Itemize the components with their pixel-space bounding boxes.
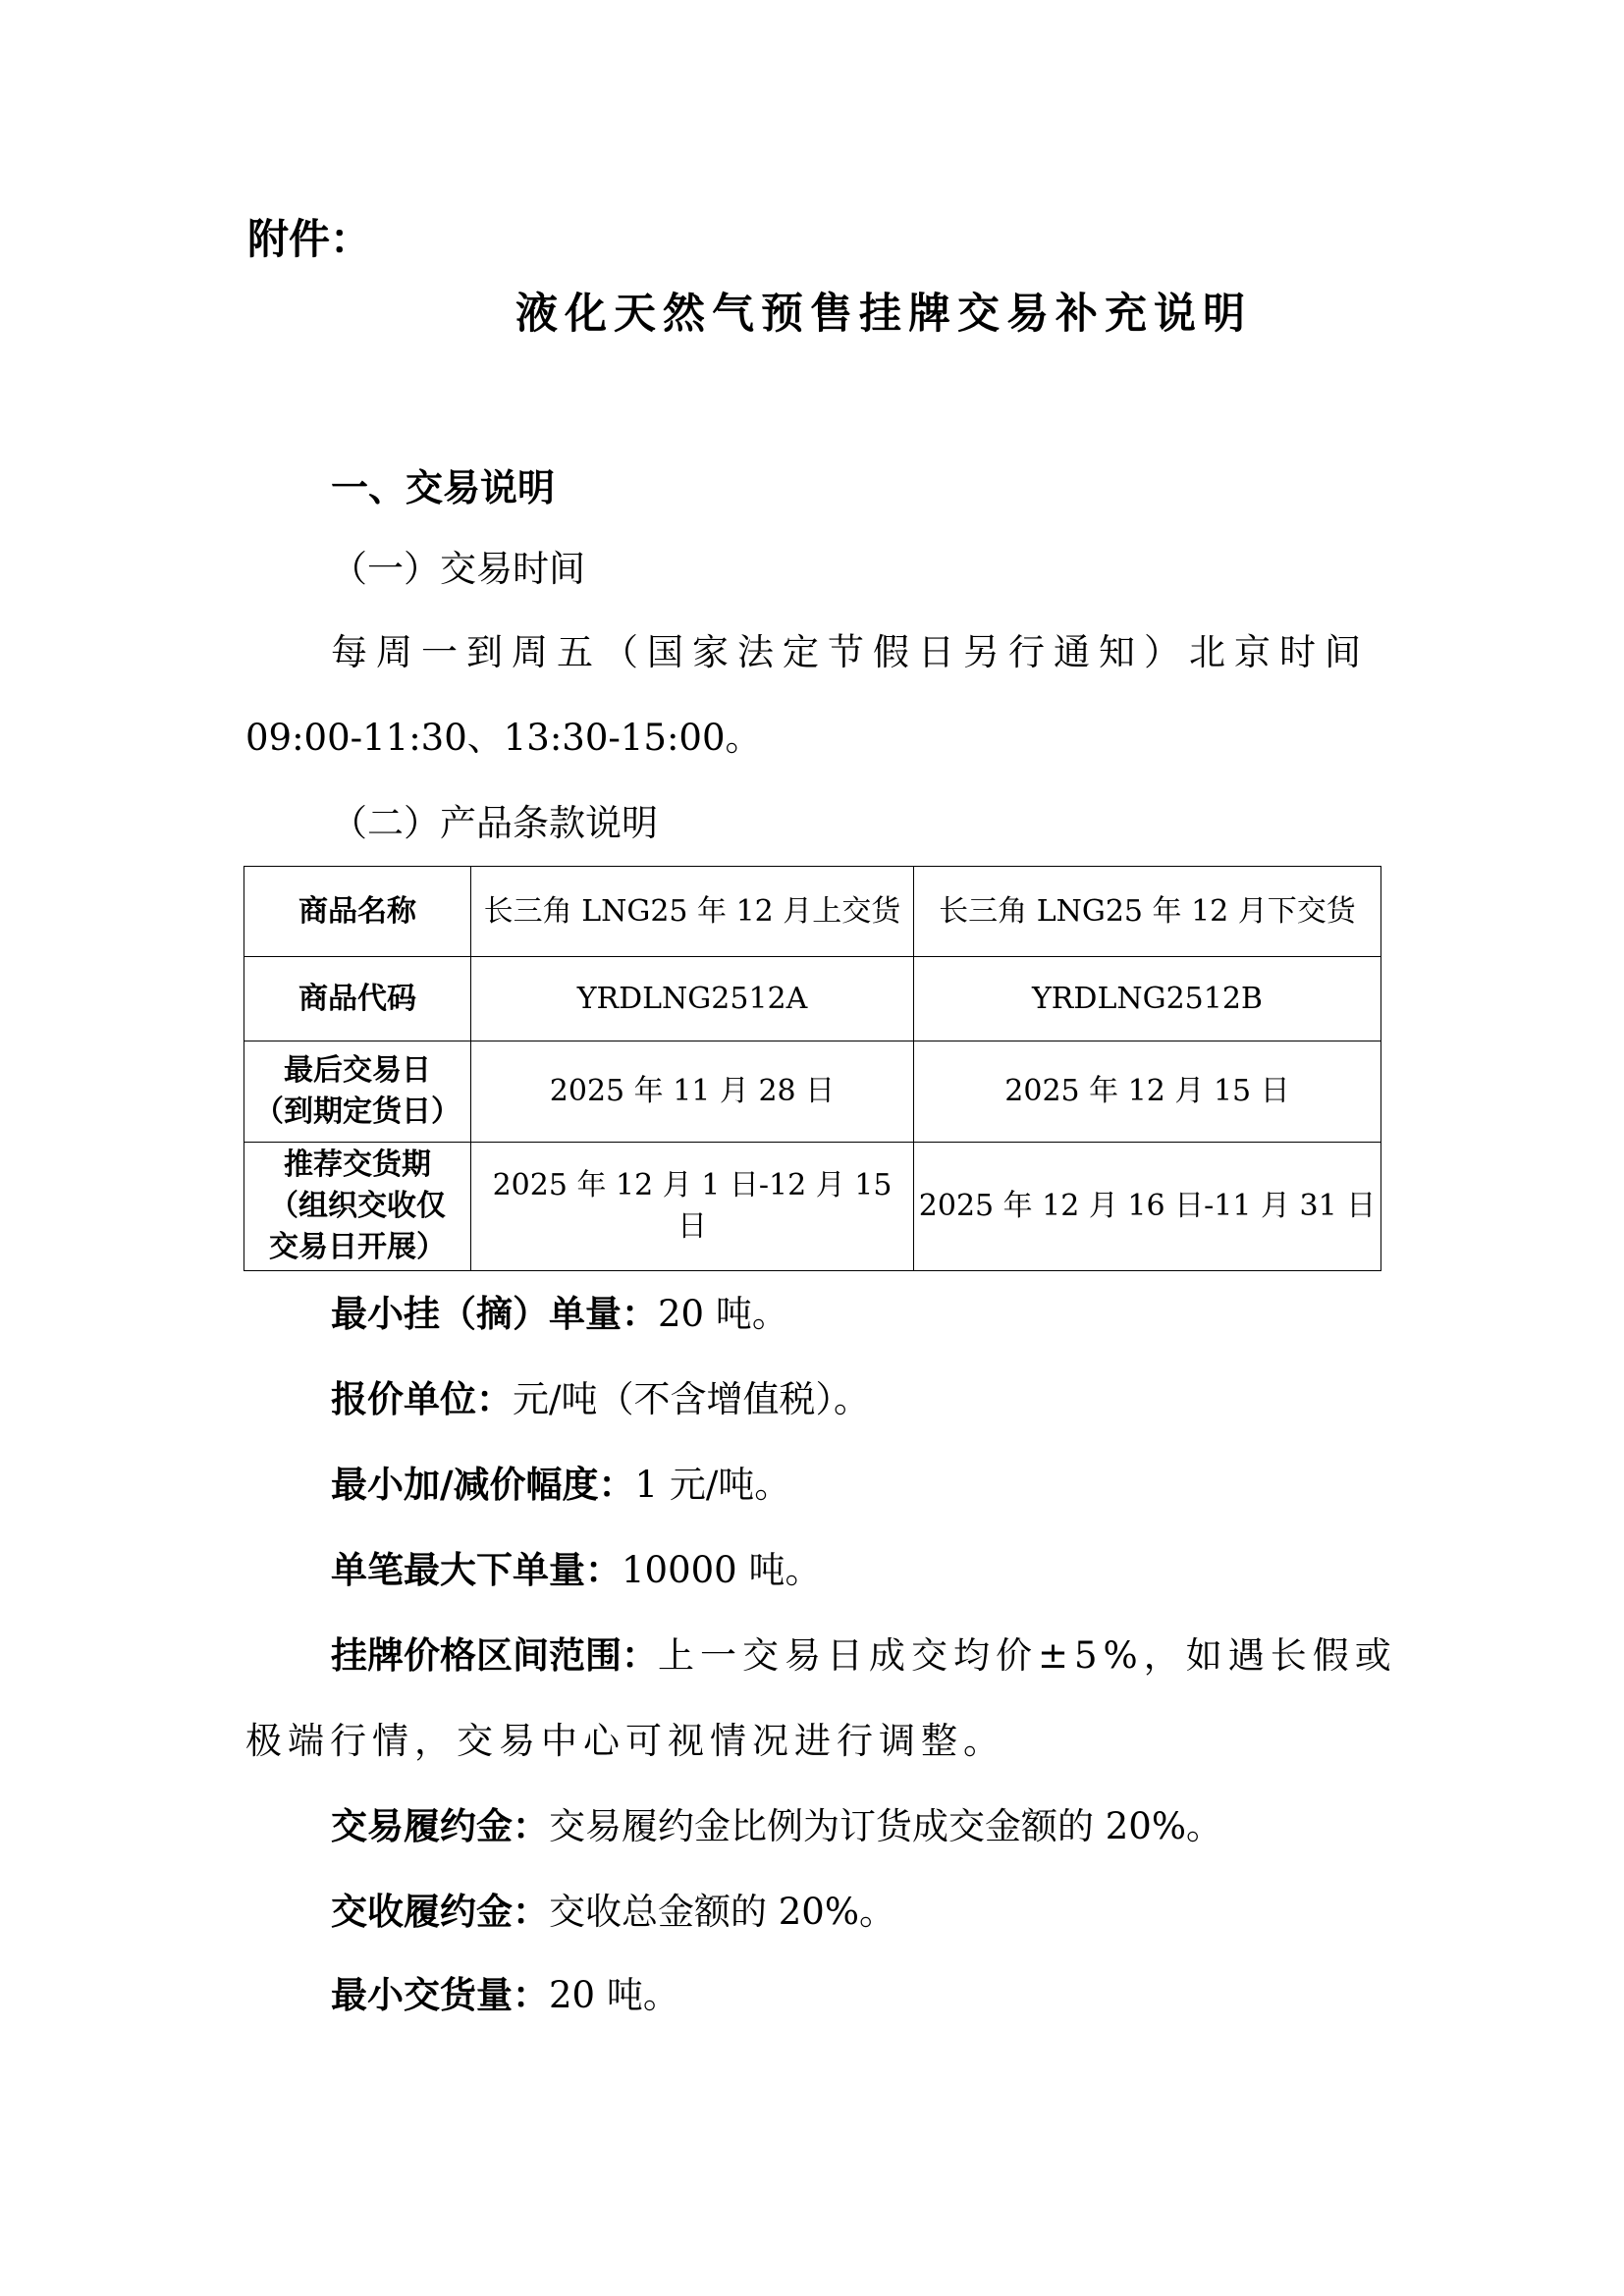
- row-label: 商品名称: [244, 867, 471, 957]
- table-row-product-code: 商品代码 YRDLNG2512A YRDLNG2512B: [244, 957, 1381, 1041]
- cell-product-b: 2025 年 12 月 16 日-11 月 31 日: [914, 1143, 1381, 1271]
- cell-product-b: 2025 年 12 月 15 日: [914, 1041, 1381, 1143]
- table-row-recommended-delivery: 推荐交货期 （组织交收仅 交易日开展） 2025 年 12 月 1 日-12 月…: [244, 1143, 1381, 1271]
- section-heading-trading-description: 一、交易说明: [331, 469, 555, 507]
- cell-product-a: 长三角 LNG25 年 12 月上交货: [471, 867, 914, 957]
- term-min-delivery: 最小交货量：20 吨。: [331, 1977, 679, 2013]
- cell-product-a: 2025 年 11 月 28 日: [471, 1041, 914, 1143]
- cell-product-a: 2025 年 12 月 1 日-12 月 15 日: [471, 1143, 914, 1271]
- term-trading-margin: 交易履约金：交易履约金比例为订货成交金额的 20%。: [331, 1808, 1222, 1844]
- term-quote-unit: 报价单位：元/吨（不含增值税）。: [331, 1381, 870, 1417]
- subsection-heading-product-terms: （二）产品条款说明: [331, 805, 658, 841]
- term-price-band-continuation: 极端行情，交易中心可视情况进行调整。: [245, 1723, 1005, 1759]
- trading-hours-text-line1: 每周一到周五（国家法定节假日另行通知）北京时间: [331, 634, 1370, 670]
- term-price-band: 挂牌价格区间范围：上一交易日成交均价±5%，如遇长假或: [331, 1637, 1397, 1674]
- document-title: 液化天然气预售挂牌交易补充说明: [515, 294, 1252, 336]
- table-row-product-name: 商品名称 长三角 LNG25 年 12 月上交货 长三角 LNG25 年 12 …: [244, 867, 1381, 957]
- trading-hours-text-line2: 09:00-11:30、13:30-15:00。: [245, 720, 762, 756]
- row-label: 商品代码: [244, 957, 471, 1041]
- cell-product-a: YRDLNG2512A: [471, 957, 914, 1041]
- term-delivery-margin: 交收履约金：交收总金额的 20%。: [331, 1894, 895, 1930]
- subsection-heading-trading-hours: （一）交易时间: [331, 551, 585, 587]
- product-terms-table: 商品名称 长三角 LNG25 年 12 月上交货 长三角 LNG25 年 12 …: [244, 866, 1381, 1271]
- term-max-order-size: 单笔最大下单量：10000 吨。: [331, 1552, 821, 1588]
- term-min-order-size: 最小挂（摘）单量：20 吨。: [331, 1296, 788, 1332]
- cell-product-b: YRDLNG2512B: [914, 957, 1381, 1041]
- table-row-last-trading-day: 最后交易日 （到期定货日） 2025 年 11 月 28 日 2025 年 12…: [244, 1041, 1381, 1143]
- term-min-tick: 最小加/减价幅度：1 元/吨。: [331, 1467, 790, 1503]
- attachment-label: 附件：: [247, 219, 371, 260]
- row-label: 最后交易日 （到期定货日）: [244, 1041, 471, 1143]
- row-label: 推荐交货期 （组织交收仅 交易日开展）: [244, 1143, 471, 1271]
- cell-product-b: 长三角 LNG25 年 12 月下交货: [914, 867, 1381, 957]
